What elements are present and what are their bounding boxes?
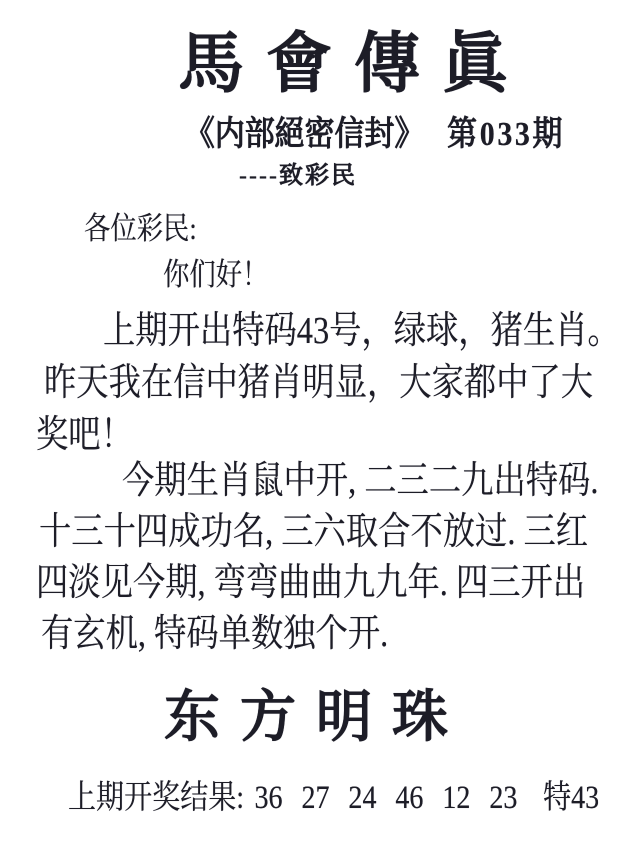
body-line: 四淡见今期, 弯弯曲曲九九年. 四三开出 xyxy=(36,564,585,602)
results-label: 上期开奖结果: xyxy=(68,780,244,816)
issue-number: 第033期 xyxy=(447,116,565,153)
result-number: 23 xyxy=(489,780,517,816)
body-line: 昨天我在信中猪肖明显，大家都中了大 xyxy=(44,364,593,402)
fax-letter-page: 馬會傳眞 《内部絕密信封》第033期 ----致彩民 各位彩民: 你们好！ 上期… xyxy=(0,0,640,846)
greeting: 你们好！ xyxy=(163,259,268,290)
dedication-line: ----致彩民 xyxy=(0,164,618,188)
body-line: 今期生肖鼠中开, 二三二九出特码. xyxy=(122,462,598,500)
result-number: 24 xyxy=(348,780,376,816)
result-number: 36 xyxy=(255,780,283,816)
results-line: 上期开奖结果: 36 27 24 46 12 23 特43 xyxy=(68,782,599,815)
envelope-label: 《内部絕密信封》 xyxy=(185,116,424,153)
body-line: 有玄机, 特码单数独个开. xyxy=(41,615,388,653)
issue-line: 《内部絕密信封》第033期 xyxy=(93,118,640,152)
result-number: 46 xyxy=(395,780,423,816)
result-number: 12 xyxy=(442,780,470,816)
body-line: 奖吧！ xyxy=(36,416,133,454)
page-title: 馬會傳眞 xyxy=(34,32,640,98)
body-line: 十三十四成功名, 三六取合不放过. 三红 xyxy=(39,513,588,551)
result-number: 27 xyxy=(301,780,329,816)
body-line: 上期开出特码43号，绿球，猪生肖。 xyxy=(103,312,620,350)
signature: 东方明珠 xyxy=(0,690,636,746)
salutation: 各位彩民: xyxy=(84,213,197,244)
special-number: 特43 xyxy=(543,780,599,816)
